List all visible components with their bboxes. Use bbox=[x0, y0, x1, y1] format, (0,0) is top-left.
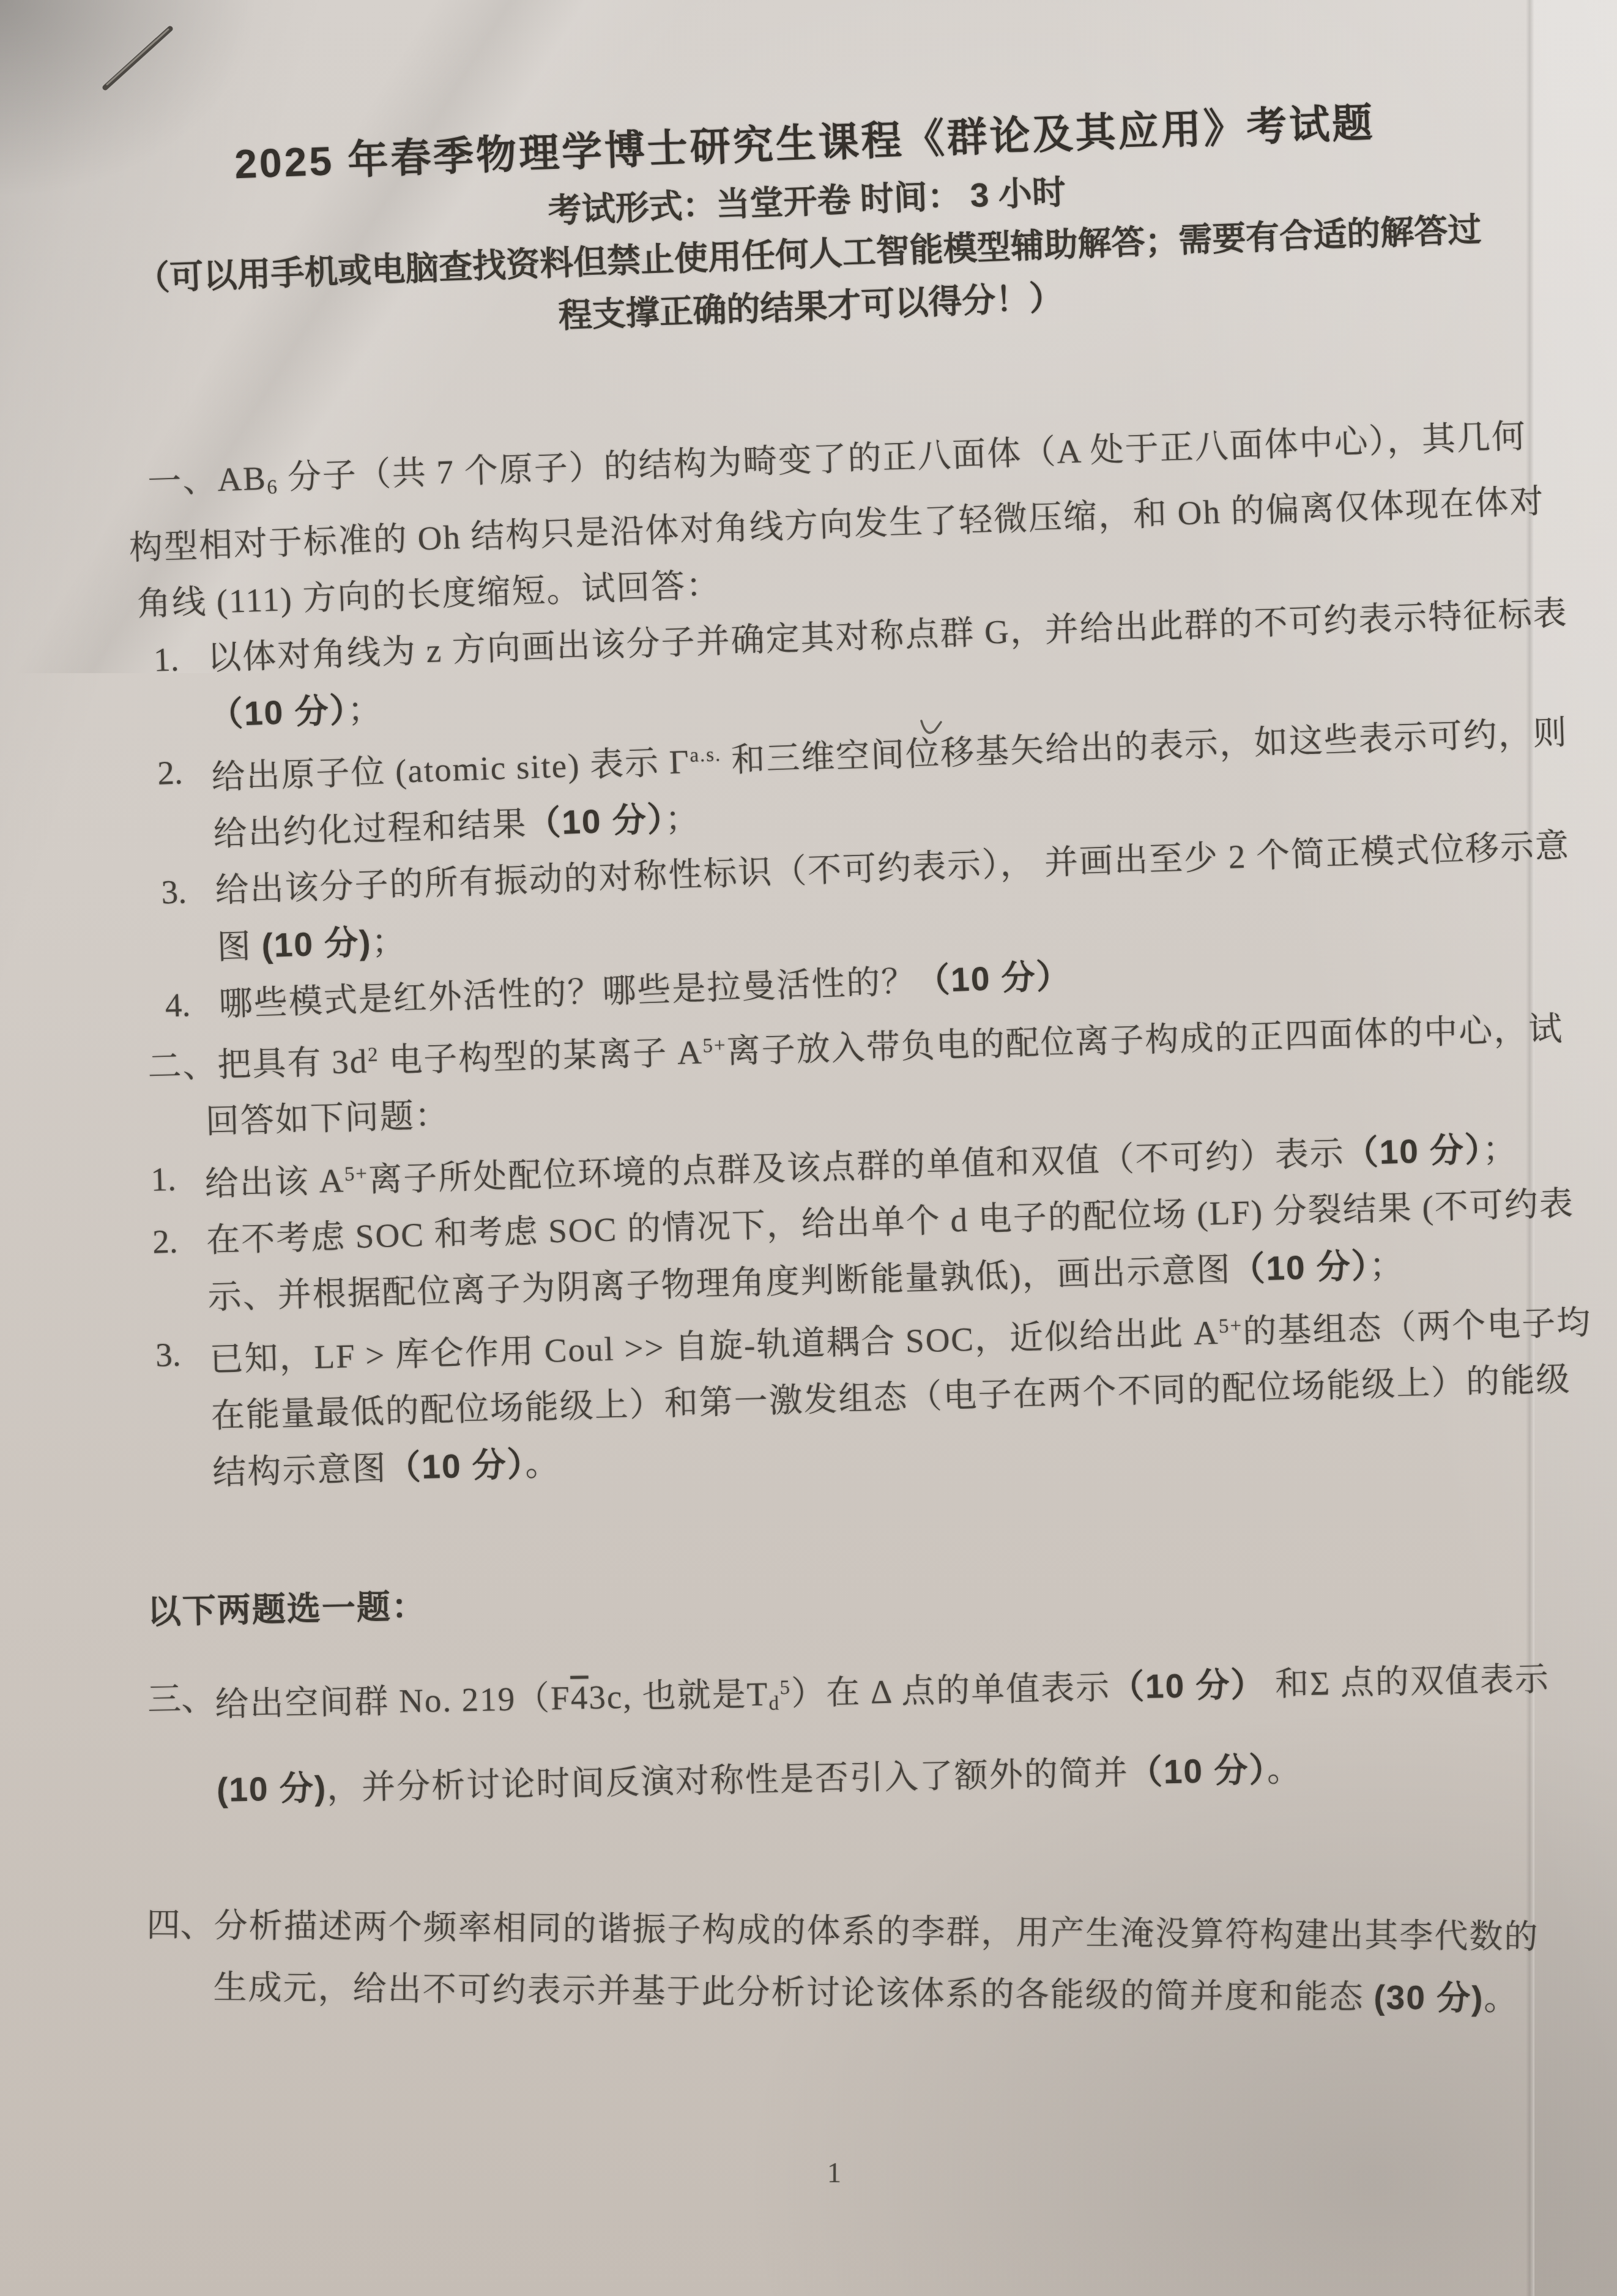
question-2: 二、把具有 3d2 电子构型的某离子 A5+离子放入带负电的配位离子构成的正四面… bbox=[147, 995, 1566, 1503]
q3-item: 三、 给出空间群 No. 219（F43c, 也就是Td5）在 Δ 点的单值表示… bbox=[147, 1635, 1557, 1830]
q4-item: 四、 分析描述两个频率相同的谐振子构成的体系的李群，用产生淹没算符构建出其李代数… bbox=[146, 1895, 1566, 2030]
item-number: 4. bbox=[164, 976, 220, 1034]
item-number: 3. bbox=[155, 1326, 210, 1384]
item-number: 2. bbox=[157, 744, 212, 802]
q4-line-2: 生成元，给出不可约表示并基于此分析讨论该体系的各能级的简并度和能态 (30 分)… bbox=[213, 1956, 1566, 2030]
item-number: 2. bbox=[152, 1213, 207, 1270]
question-number: 四、 bbox=[146, 1895, 214, 1956]
item-number: 1. bbox=[153, 630, 209, 688]
q4-line-1: 分析描述两个频率相同的谐振子构成的体系的李群，用产生淹没算符构建出其李代数的 bbox=[214, 1895, 1566, 1968]
question-4: 四、 分析描述两个频率相同的谐振子构成的体系的李群，用产生淹没算符构建出其李代数… bbox=[146, 1895, 1566, 2030]
photographed-exam-sheet: 2025 年春季物理学博士研究生课程《群论及其应用》考试题 考试形式：当堂开卷 … bbox=[0, 0, 1617, 2296]
staple-icon bbox=[92, 15, 202, 125]
exam-header: 2025 年春季物理学博士研究生课程《群论及其应用》考试题 考试形式：当堂开卷 … bbox=[131, 87, 1484, 357]
question-number: 三、 bbox=[147, 1661, 215, 1738]
question-1: 一、AB6 分子（共 7 个原子）的结构为畸变了的正八面体（A 处于正八面体中心… bbox=[147, 408, 1572, 1035]
q2-item-3: 3. 已知，LF > 库仑作用 Coul >> 自旋-轨道耦合 SOC，近似给出… bbox=[155, 1289, 1566, 1503]
page-number: 1 bbox=[827, 2156, 841, 2189]
question-3: 三、 给出空间群 No. 219（F43c, 也就是Td5）在 Δ 点的单值表示… bbox=[147, 1635, 1557, 1830]
item-number: 1. bbox=[150, 1150, 205, 1208]
choose-one-note: 以下两题选一题： bbox=[147, 1578, 427, 1640]
item-number: 3. bbox=[160, 863, 216, 921]
choose-one-note-text: 以下两题选一题： bbox=[147, 1578, 427, 1640]
